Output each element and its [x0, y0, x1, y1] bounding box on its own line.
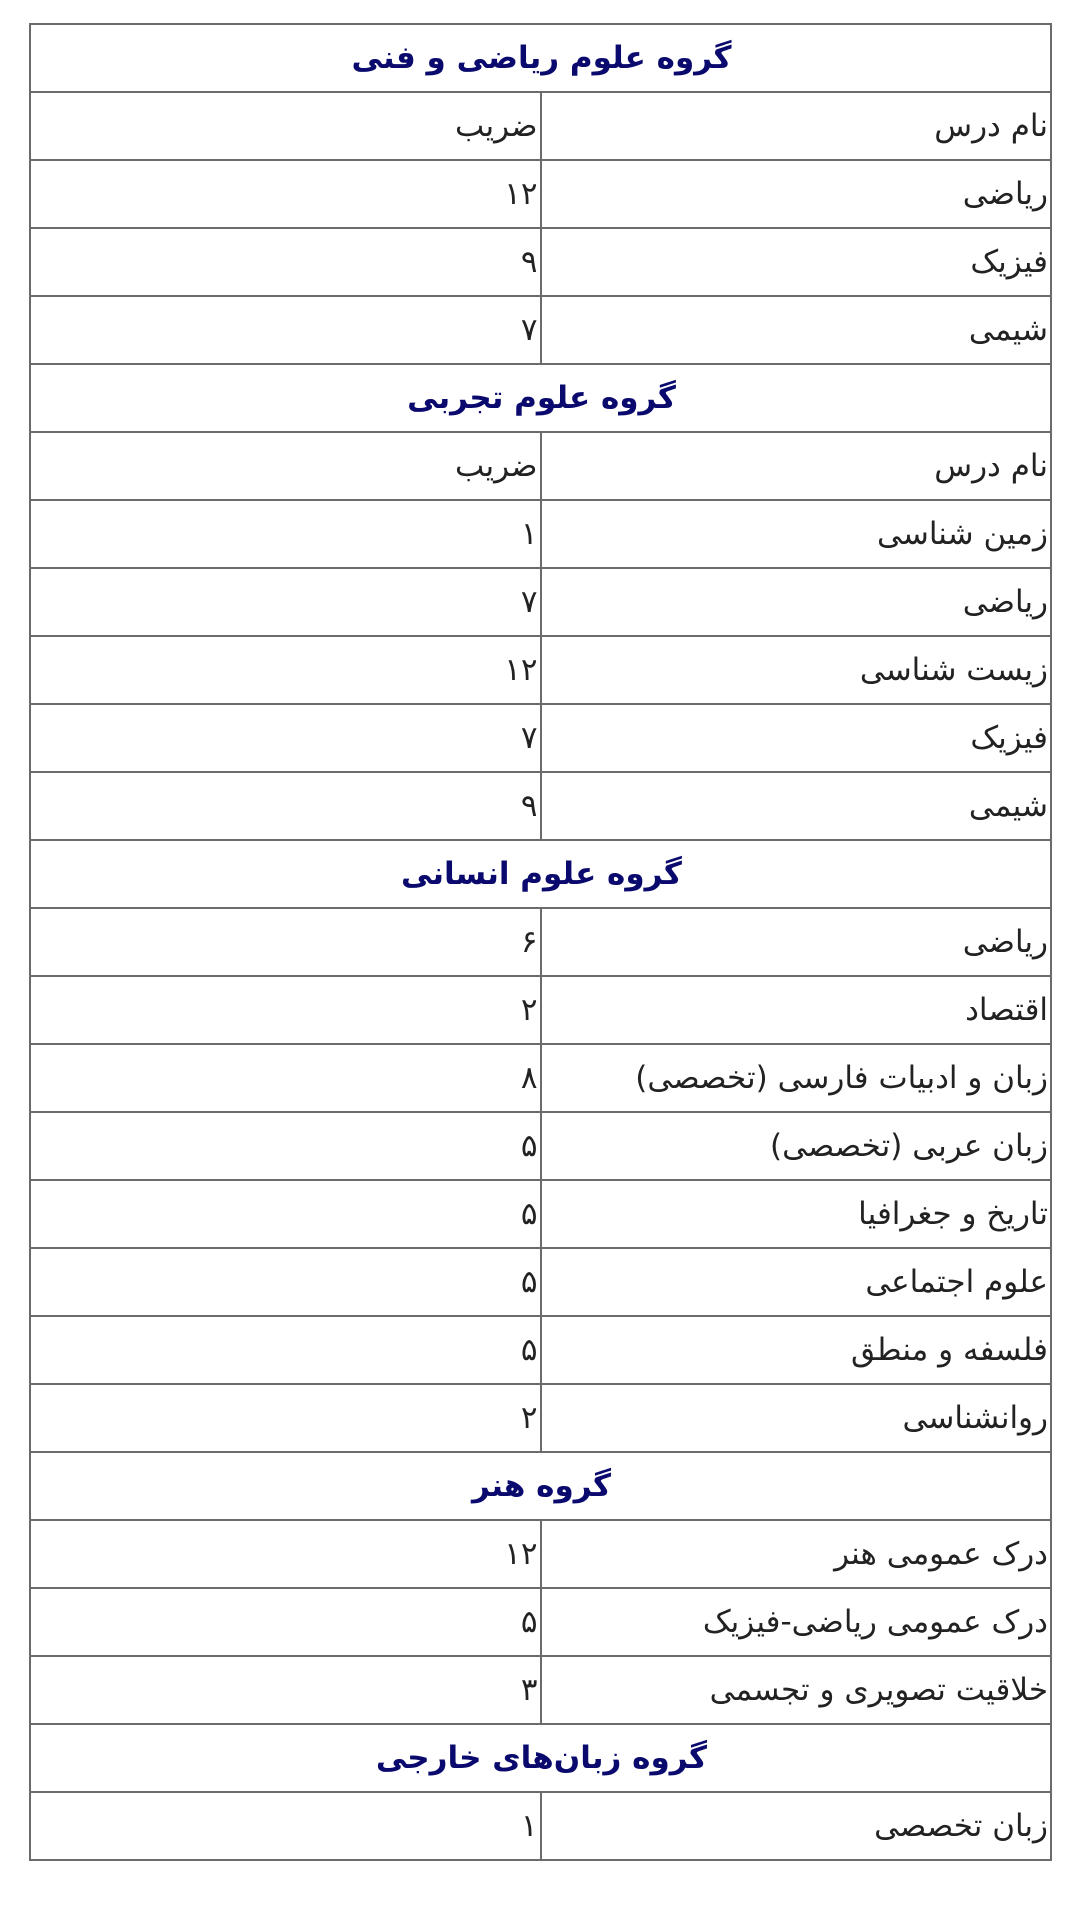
table-row: زبان و ادبیات فارسی (تخصصی)۸ — [30, 1044, 1051, 1112]
table-row: فیزیک۷ — [30, 704, 1051, 772]
coefficient-cell: ۵ — [30, 1248, 541, 1316]
coefficient-cell: ۱ — [30, 500, 541, 568]
coefficients-table-container: گروه علوم ریاضی و فنینام درسضریبریاضی۱۲ف… — [29, 23, 1052, 1861]
subject-name-cell: درک عمومی ریاضی-فیزیک — [541, 1588, 1052, 1656]
coefficient-cell: ۳ — [30, 1656, 541, 1724]
table-row: خلاقیت تصویری و تجسمی۳ — [30, 1656, 1051, 1724]
subject-name-cell: روانشناسی — [541, 1384, 1052, 1452]
group-title: گروه هنر — [30, 1452, 1051, 1520]
subject-name-cell: علوم اجتماعی — [541, 1248, 1052, 1316]
column-header-subject-name: نام درس — [541, 432, 1052, 500]
subject-name-cell: ریاضی — [541, 568, 1052, 636]
column-header-coefficient: ضریب — [30, 432, 541, 500]
table-row: شیمی۷ — [30, 296, 1051, 364]
group-title-row: گروه علوم تجربی — [30, 364, 1051, 432]
table-row: روانشناسی۲ — [30, 1384, 1051, 1452]
subject-name-cell: فلسفه و منطق — [541, 1316, 1052, 1384]
table-row: اقتصاد۲ — [30, 976, 1051, 1044]
table-row: فیزیک۹ — [30, 228, 1051, 296]
coefficient-cell: ۱۲ — [30, 1520, 541, 1588]
table-row: زمین شناسی۱ — [30, 500, 1051, 568]
subject-name-cell: ریاضی — [541, 908, 1052, 976]
subject-name-cell: ریاضی — [541, 160, 1052, 228]
coefficient-cell: ۵ — [30, 1316, 541, 1384]
table-row: درک عمومی ریاضی-فیزیک۵ — [30, 1588, 1051, 1656]
subject-name-cell: زمین شناسی — [541, 500, 1052, 568]
coefficient-cell: ۲ — [30, 1384, 541, 1452]
subject-name-cell: فیزیک — [541, 704, 1052, 772]
column-header-row: نام درسضریب — [30, 92, 1051, 160]
subject-name-cell: شیمی — [541, 772, 1052, 840]
coefficient-cell: ۷ — [30, 568, 541, 636]
subject-name-cell: درک عمومی هنر — [541, 1520, 1052, 1588]
table-row: فلسفه و منطق۵ — [30, 1316, 1051, 1384]
coefficient-cell: ۹ — [30, 228, 541, 296]
subject-name-cell: تاریخ و جغرافیا — [541, 1180, 1052, 1248]
table-row: شیمی۹ — [30, 772, 1051, 840]
coefficient-cell: ۸ — [30, 1044, 541, 1112]
coefficient-cell: ۵ — [30, 1180, 541, 1248]
subject-name-cell: زبان و ادبیات فارسی (تخصصی) — [541, 1044, 1052, 1112]
coefficient-cell: ۷ — [30, 296, 541, 364]
table-row: ریاضی۶ — [30, 908, 1051, 976]
subject-name-cell: اقتصاد — [541, 976, 1052, 1044]
coefficient-cell: ۱ — [30, 1792, 541, 1860]
table-row: تاریخ و جغرافیا۵ — [30, 1180, 1051, 1248]
coefficient-cell: ۵ — [30, 1112, 541, 1180]
subject-name-cell: زبان عربی (تخصصی) — [541, 1112, 1052, 1180]
coefficient-cell: ۷ — [30, 704, 541, 772]
table-row: زبان تخصصی۱ — [30, 1792, 1051, 1860]
coefficient-cell: ۱۲ — [30, 160, 541, 228]
group-title: گروه زبان‌های خارجی — [30, 1724, 1051, 1792]
group-title-row: گروه هنر — [30, 1452, 1051, 1520]
subject-coefficients-table: گروه علوم ریاضی و فنینام درسضریبریاضی۱۲ف… — [29, 23, 1052, 1861]
group-title: گروه علوم ریاضی و فنی — [30, 24, 1051, 92]
coefficient-cell: ۶ — [30, 908, 541, 976]
column-header-subject-name: نام درس — [541, 92, 1052, 160]
table-row: زیست شناسی۱۲ — [30, 636, 1051, 704]
coefficient-cell: ۲ — [30, 976, 541, 1044]
subject-name-cell: شیمی — [541, 296, 1052, 364]
coefficient-cell: ۹ — [30, 772, 541, 840]
subject-name-cell: زبان تخصصی — [541, 1792, 1052, 1860]
group-title-row: گروه علوم انسانی — [30, 840, 1051, 908]
coefficient-cell: ۱۲ — [30, 636, 541, 704]
table-row: درک عمومی هنر۱۲ — [30, 1520, 1051, 1588]
group-title: گروه علوم تجربی — [30, 364, 1051, 432]
subject-name-cell: خلاقیت تصویری و تجسمی — [541, 1656, 1052, 1724]
group-title: گروه علوم انسانی — [30, 840, 1051, 908]
group-title-row: گروه علوم ریاضی و فنی — [30, 24, 1051, 92]
group-title-row: گروه زبان‌های خارجی — [30, 1724, 1051, 1792]
column-header-coefficient: ضریب — [30, 92, 541, 160]
table-row: زبان عربی (تخصصی)۵ — [30, 1112, 1051, 1180]
column-header-row: نام درسضریب — [30, 432, 1051, 500]
subject-name-cell: فیزیک — [541, 228, 1052, 296]
table-row: علوم اجتماعی۵ — [30, 1248, 1051, 1316]
table-row: ریاضی۷ — [30, 568, 1051, 636]
subject-name-cell: زیست شناسی — [541, 636, 1052, 704]
coefficient-cell: ۵ — [30, 1588, 541, 1656]
table-row: ریاضی۱۲ — [30, 160, 1051, 228]
